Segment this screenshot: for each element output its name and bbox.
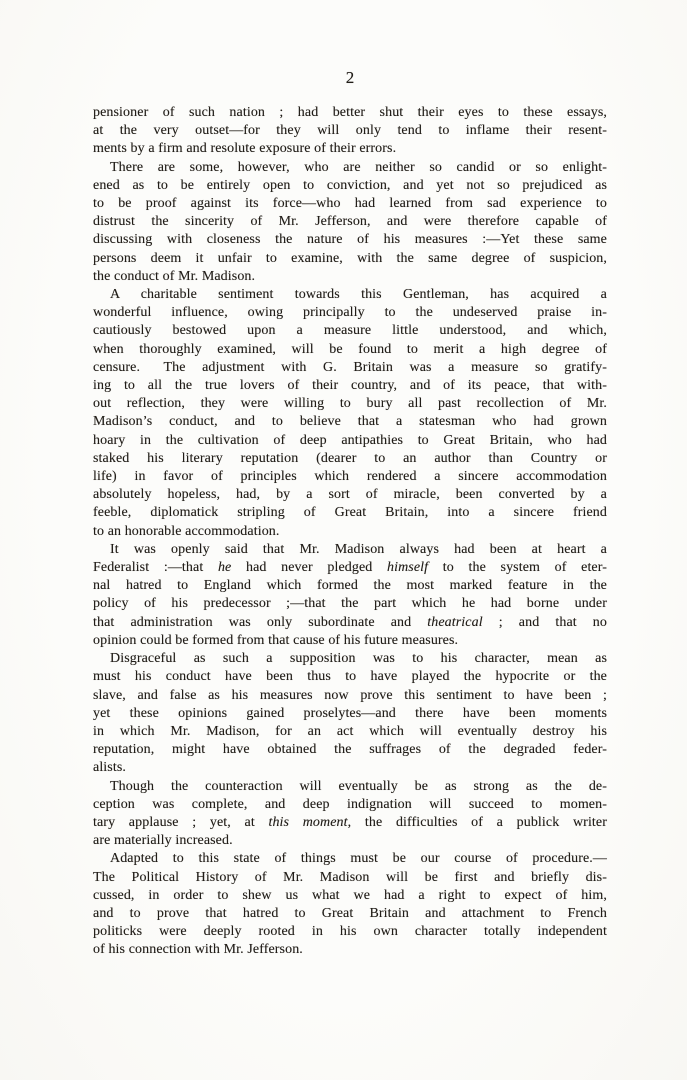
text-segment: politicks were deeply rooted in his own … bbox=[93, 924, 607, 939]
text-segment: at the very outset—for they will only te… bbox=[93, 123, 607, 138]
text-segment: ments by a firm and resolute exposure of… bbox=[93, 141, 396, 156]
text-line: alists. bbox=[93, 759, 607, 777]
text-segment: opinion could be formed from that cause … bbox=[93, 633, 458, 648]
text-segment: A charitable sentiment towards this Gent… bbox=[110, 287, 607, 302]
text-segment: Though the counteraction will eventually… bbox=[110, 779, 607, 794]
text-segment: nal hatred to England which formed the m… bbox=[93, 578, 607, 593]
text-segment: cautiously bestowed upon a measure littl… bbox=[93, 323, 607, 338]
text-segment: alists. bbox=[93, 760, 126, 775]
text-segment: ened as to be entirely open to convictio… bbox=[93, 178, 607, 193]
paragraph: It was openly said that Mr. Madison alwa… bbox=[93, 541, 607, 650]
text-segment: had never pledged bbox=[231, 560, 387, 575]
text-segment: Adapted to this state of things must be … bbox=[110, 851, 607, 866]
text-line: of his connection with Mr. Jefferson. bbox=[93, 941, 607, 959]
text-line: Adapted to this state of things must be … bbox=[93, 850, 607, 868]
text-line: ments by a firm and resolute exposure of… bbox=[93, 140, 607, 158]
text-segment: There are some, however, who are neither… bbox=[110, 160, 607, 175]
text-line: staked his literary reputation (dearer t… bbox=[93, 450, 607, 468]
text-line: absolutely hopeless, had, by a sort of m… bbox=[93, 486, 607, 504]
text-segment: absolutely hopeless, had, by a sort of m… bbox=[93, 487, 607, 502]
text-line: ception was complete, and deep indignati… bbox=[93, 796, 607, 814]
text-line: when thoroughly examined, will be found … bbox=[93, 341, 607, 359]
italic-text: he bbox=[218, 560, 231, 575]
text-segment: and to prove that hatred to Great Britai… bbox=[93, 906, 607, 921]
text-segment: in which Mr. Madison, for an act which w… bbox=[93, 724, 607, 739]
text-segment: policy of his predecessor ;—that the par… bbox=[93, 596, 607, 611]
text-line: and to prove that hatred to Great Britai… bbox=[93, 905, 607, 923]
text-line: must his conduct have been thus to have … bbox=[93, 668, 607, 686]
text-line: at the very outset—for they will only te… bbox=[93, 122, 607, 140]
paragraph: Though the counteraction will eventually… bbox=[93, 778, 607, 851]
text-segment: the conduct of Mr. Madison. bbox=[93, 269, 255, 284]
text-line: ing to all the true lovers of their coun… bbox=[93, 377, 607, 395]
text-line: life) in favor of principles which rende… bbox=[93, 468, 607, 486]
text-line: hoary in the cultivation of deep antipat… bbox=[93, 432, 607, 450]
text-segment: to the system of eter- bbox=[428, 560, 607, 575]
paragraph: A charitable sentiment towards this Gent… bbox=[93, 286, 607, 541]
text-line: A charitable sentiment towards this Gent… bbox=[93, 286, 607, 304]
text-segment: tary applause ; yet, at bbox=[93, 815, 268, 830]
paragraph: Disgraceful as such a supposition was to… bbox=[93, 650, 607, 777]
text-line: There are some, however, who are neither… bbox=[93, 159, 607, 177]
text-line: pensioner of such nation ; had better sh… bbox=[93, 104, 607, 122]
text-line: persons deem it unfair to examine, with … bbox=[93, 250, 607, 268]
text-line: It was openly said that Mr. Madison alwa… bbox=[93, 541, 607, 559]
text-line: ened as to be entirely open to convictio… bbox=[93, 177, 607, 195]
text-line: slave, and false as his measures now pro… bbox=[93, 687, 607, 705]
text-segment: ing to all the true lovers of their coun… bbox=[93, 378, 607, 393]
text-line: Disgraceful as such a supposition was to… bbox=[93, 650, 607, 668]
text-line: are materially increased. bbox=[93, 832, 607, 850]
text-segment: persons deem it unfair to examine, with … bbox=[93, 251, 607, 266]
text-line: to be proof against its force—who had le… bbox=[93, 195, 607, 213]
text-segment: The Political History of Mr. Madison wil… bbox=[93, 870, 607, 885]
text-line: discussing with closeness the nature of … bbox=[93, 231, 607, 249]
scanned-page: 2 pensioner of such nation ; had better … bbox=[0, 0, 687, 1080]
italic-text: this moment bbox=[268, 815, 347, 830]
text-segment: discussing with closeness the nature of … bbox=[93, 232, 607, 247]
text-line: opinion could be formed from that cause … bbox=[93, 632, 607, 650]
text-segment: distrust the sincerity of Mr. Jefferson,… bbox=[93, 214, 607, 229]
text-line: the conduct of Mr. Madison. bbox=[93, 268, 607, 286]
text-segment: slave, and false as his measures now pro… bbox=[93, 688, 607, 703]
text-line: politicks were deeply rooted in his own … bbox=[93, 923, 607, 941]
text-line: that administration was only subordinate… bbox=[93, 614, 607, 632]
text-line: censure. The adjustment with G. Britain … bbox=[93, 359, 607, 377]
text-segment: cussed, in order to shew us what we had … bbox=[93, 888, 607, 903]
text-line: tary applause ; yet, at this moment, the… bbox=[93, 814, 607, 832]
text-segment: , the difficulties of a publick writer bbox=[348, 815, 607, 830]
text-line: The Political History of Mr. Madison wil… bbox=[93, 869, 607, 887]
text-line: cussed, in order to shew us what we had … bbox=[93, 887, 607, 905]
text-segment: yet these opinions gained proselytes—and… bbox=[93, 706, 607, 721]
text-segment: are materially increased. bbox=[93, 833, 233, 848]
text-segment: must his conduct have been thus to have … bbox=[93, 669, 607, 684]
text-segment: to be proof against its force—who had le… bbox=[93, 196, 607, 211]
text-segment: feeble, diplomatick stripling of Great B… bbox=[93, 505, 607, 520]
text-segment: of his connection with Mr. Jefferson. bbox=[93, 942, 303, 957]
text-line: yet these opinions gained proselytes—and… bbox=[93, 705, 607, 723]
text-line: out reflection, they were willing to bur… bbox=[93, 395, 607, 413]
text-line: distrust the sincerity of Mr. Jefferson,… bbox=[93, 213, 607, 231]
text-segment: to an honorable accommodation. bbox=[93, 524, 280, 539]
text-segment: out reflection, they were willing to bur… bbox=[93, 396, 607, 411]
text-segment: ception was complete, and deep indignati… bbox=[93, 797, 607, 812]
text-line: cautiously bestowed upon a measure littl… bbox=[93, 322, 607, 340]
text-segment: Disgraceful as such a supposition was to… bbox=[110, 651, 607, 666]
text-segment: Federalist :—that bbox=[93, 560, 218, 575]
text-line: wonderful influence, owing principally t… bbox=[93, 304, 607, 322]
paragraph: pensioner of such nation ; had better sh… bbox=[93, 104, 607, 159]
text-line: reputation, might have obtained the suff… bbox=[93, 741, 607, 759]
italic-text: himself bbox=[387, 560, 428, 575]
page-number: 2 bbox=[93, 0, 607, 88]
text-segment: life) in favor of principles which rende… bbox=[93, 469, 607, 484]
page-text: pensioner of such nation ; had better sh… bbox=[93, 104, 607, 960]
text-line: Federalist :—that he had never pledged h… bbox=[93, 559, 607, 577]
text-segment: that administration was only subordinate… bbox=[93, 615, 427, 630]
text-line: to an honorable accommodation. bbox=[93, 523, 607, 541]
paragraph: Adapted to this state of things must be … bbox=[93, 850, 607, 959]
text-segment: wonderful influence, owing principally t… bbox=[93, 305, 607, 320]
text-segment: staked his literary reputation (dearer t… bbox=[93, 451, 607, 466]
text-line: Madison’s conduct, and to believe that a… bbox=[93, 413, 607, 431]
text-segment: when thoroughly examined, will be found … bbox=[93, 342, 607, 357]
text-line: policy of his predecessor ;—that the par… bbox=[93, 595, 607, 613]
text-segment: pensioner of such nation ; had better sh… bbox=[93, 105, 607, 120]
text-line: in which Mr. Madison, for an act which w… bbox=[93, 723, 607, 741]
italic-text: theatrical bbox=[427, 615, 482, 630]
text-segment: censure. The adjustment with G. Britain … bbox=[93, 360, 607, 375]
text-segment: Madison’s conduct, and to believe that a… bbox=[93, 414, 607, 429]
text-segment: hoary in the cultivation of deep antipat… bbox=[93, 433, 607, 448]
text-segment: ; and that no bbox=[483, 615, 607, 630]
paragraph: There are some, however, who are neither… bbox=[93, 159, 607, 286]
text-segment: It was openly said that Mr. Madison alwa… bbox=[110, 542, 607, 557]
text-line: feeble, diplomatick stripling of Great B… bbox=[93, 504, 607, 522]
text-segment: reputation, might have obtained the suff… bbox=[93, 742, 607, 757]
text-line: nal hatred to England which formed the m… bbox=[93, 577, 607, 595]
text-line: Though the counteraction will eventually… bbox=[93, 778, 607, 796]
